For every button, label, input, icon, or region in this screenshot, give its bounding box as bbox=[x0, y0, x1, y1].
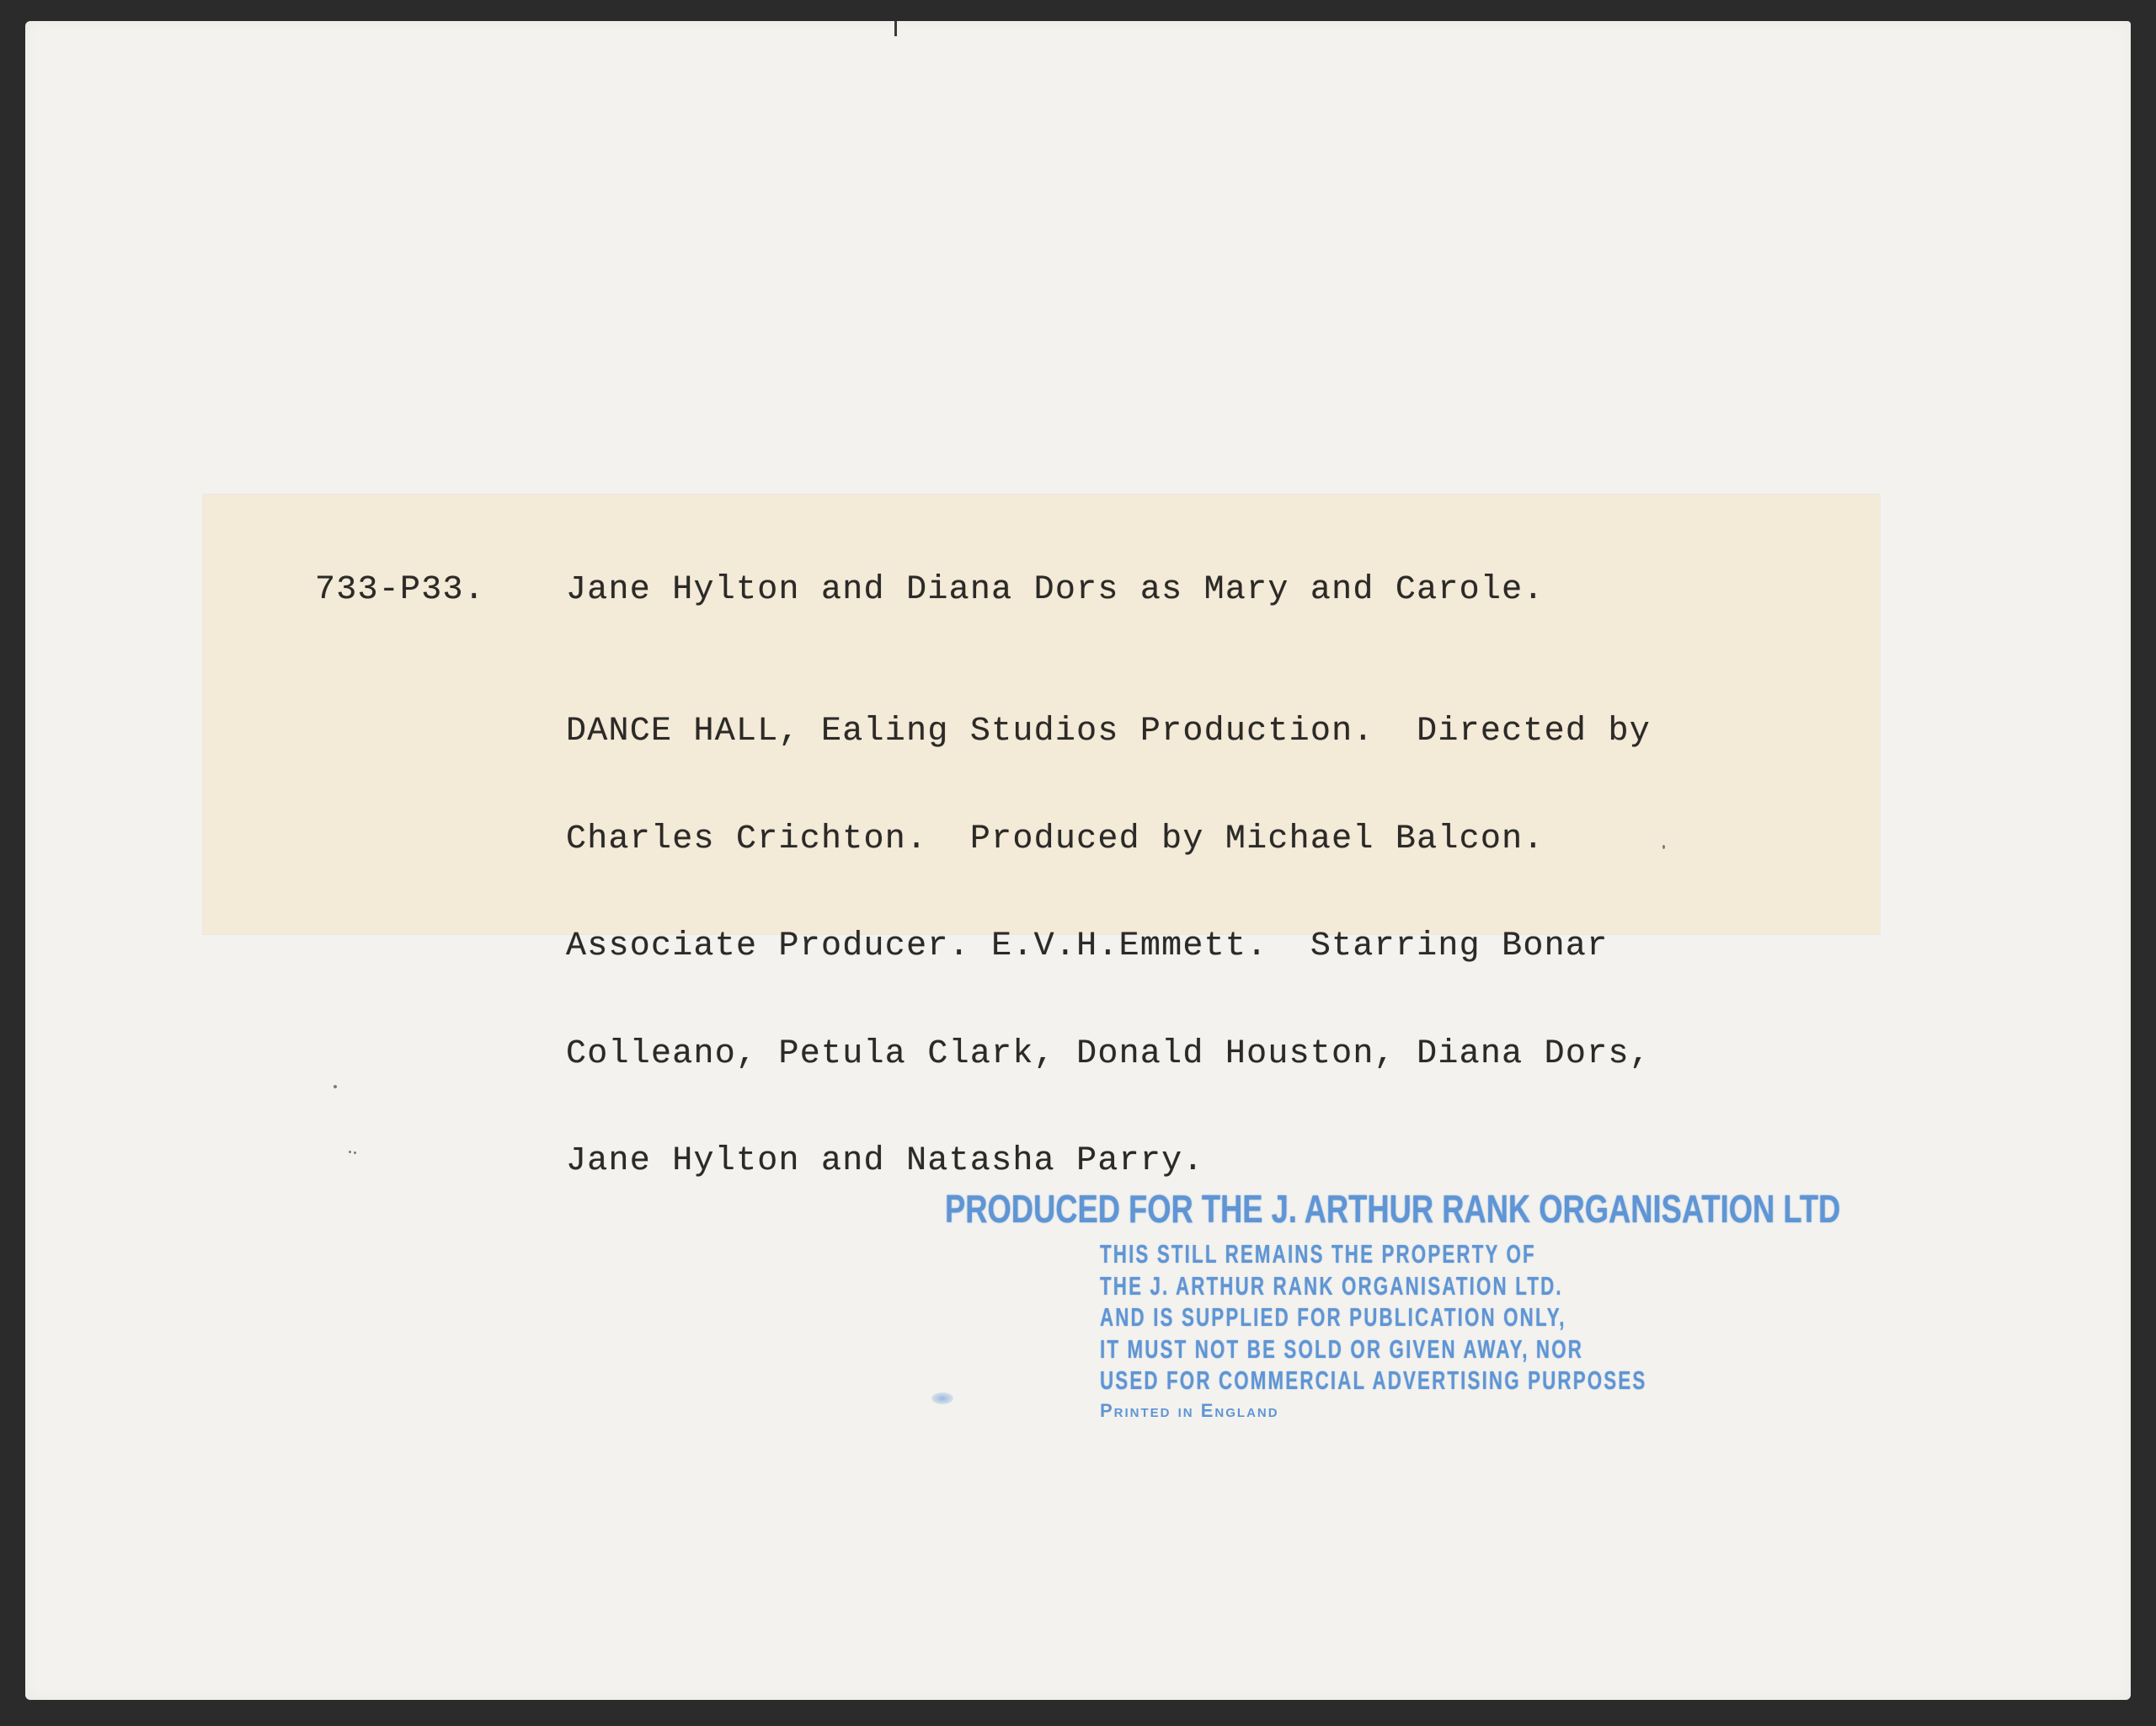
still-reference-number: 733-P33. bbox=[315, 573, 485, 609]
stamp-line: AND IS SUPPLIED FOR PUBLICATION ONLY, bbox=[1100, 1301, 1646, 1333]
credits-line: Colleano, Petula Clark, Donald Houston, … bbox=[566, 1037, 1651, 1073]
credits-line: Associate Producer. E.V.H.Emmett. Starri… bbox=[566, 929, 1651, 965]
rank-stamp-notice: THIS STILL REMAINS THE PROPERTY OF THE J… bbox=[1100, 1238, 1860, 1424]
paper-speck bbox=[1662, 845, 1665, 849]
still-caption: Jane Hylton and Diana Dors as Mary and C… bbox=[566, 573, 1545, 609]
production-credits: DANCE HALL, Ealing Studios Production. D… bbox=[566, 643, 1651, 1216]
stamp-line: THE J. ARTHUR RANK ORGANISATION LTD. bbox=[1100, 1270, 1646, 1302]
ink-smudge bbox=[931, 1392, 953, 1404]
paper-speck bbox=[334, 1085, 337, 1088]
stamp-line: IT MUST NOT BE SOLD OR GIVEN AWAY, NOR bbox=[1100, 1333, 1646, 1365]
credits-line: Charles Crichton. Produced by Michael Ba… bbox=[566, 822, 1651, 858]
stamp-line: THIS STILL REMAINS THE PROPERTY OF bbox=[1100, 1238, 1646, 1270]
stamp-printed-in: Printed in England bbox=[1100, 1398, 1860, 1424]
rank-stamp-heading: PRODUCED FOR THE J. ARTHUR RANK ORGANISA… bbox=[945, 1186, 1840, 1232]
credits-line: Jane Hylton and Natasha Parry. bbox=[566, 1144, 1651, 1180]
paper-edge-nick bbox=[894, 21, 897, 36]
stamp-line: USED FOR COMMERCIAL ADVERTISING PURPOSES bbox=[1100, 1365, 1646, 1397]
paper-speck bbox=[349, 1151, 351, 1153]
paper-speck bbox=[354, 1152, 356, 1154]
credits-line: DANCE HALL, Ealing Studios Production. D… bbox=[566, 714, 1651, 751]
